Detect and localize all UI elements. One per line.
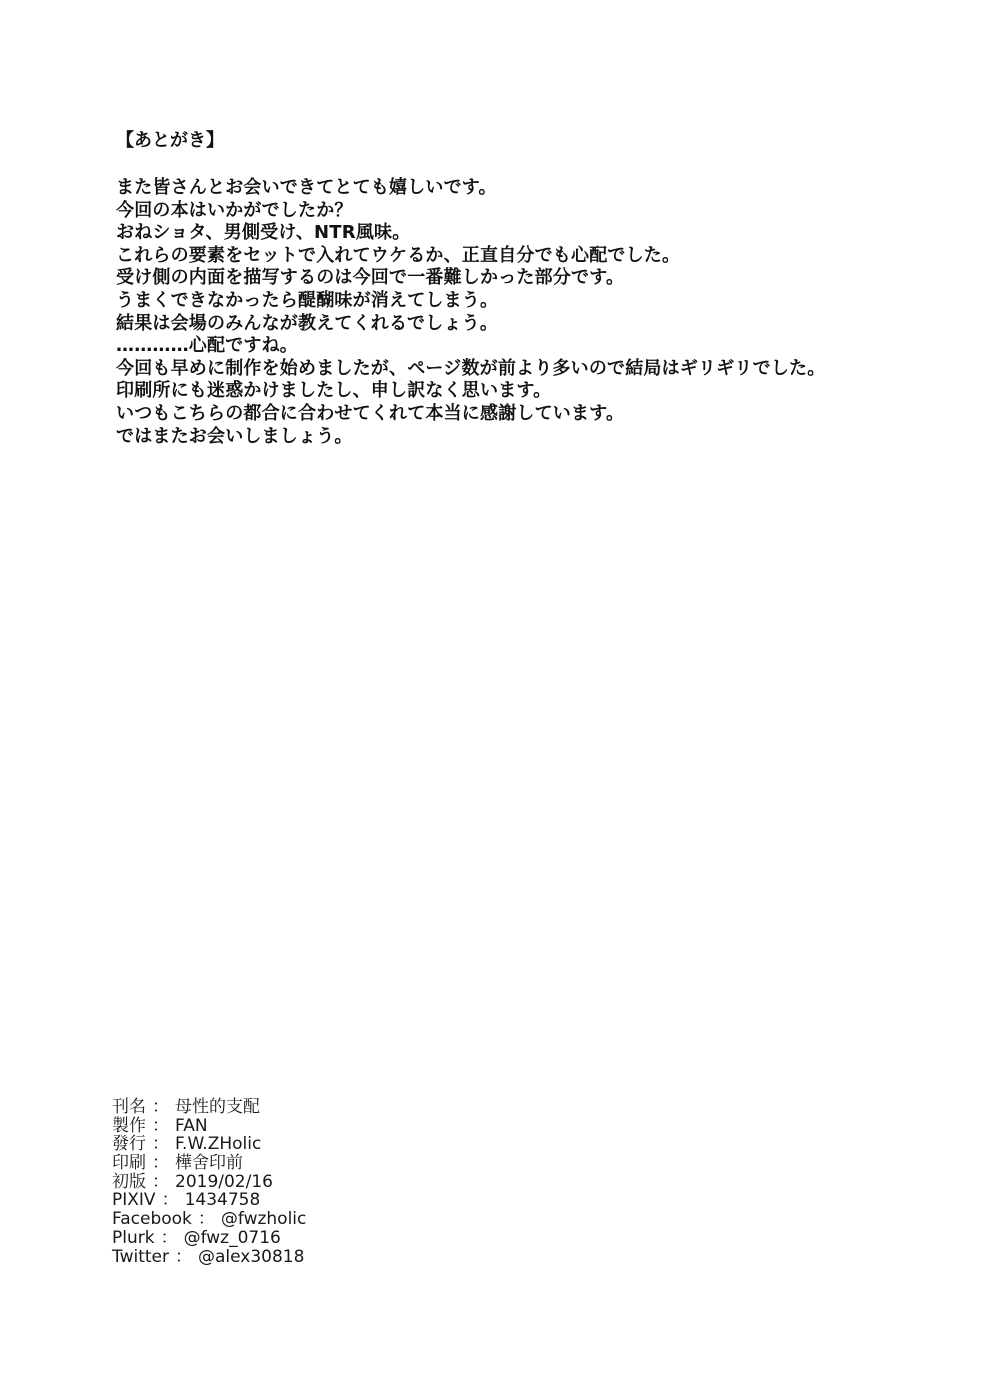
colophon-value: 1434758 bbox=[185, 1190, 261, 1210]
afterword-line: 今回の本はいかがでしたか？ bbox=[116, 200, 976, 223]
colophon-separator: ： bbox=[169, 1247, 198, 1267]
colophon-value: 樺舍印前 bbox=[175, 1153, 243, 1173]
colophon-entry-printer: 印刷：樺舍印前 bbox=[112, 1154, 306, 1173]
colophon-value: F.W.ZHolic bbox=[175, 1134, 261, 1154]
colophon-label: Facebook bbox=[112, 1209, 192, 1229]
colophon-value: @fwzholic bbox=[221, 1209, 306, 1229]
colophon-label: 製作 bbox=[112, 1116, 146, 1136]
colophon-value: @fwz_0716 bbox=[184, 1228, 281, 1248]
colophon-label: Twitter bbox=[112, 1247, 169, 1267]
afterword-line: ではまたお会いしましょう。 bbox=[116, 426, 976, 449]
colophon-value: 母性的支配 bbox=[175, 1097, 260, 1117]
colophon-separator: ： bbox=[156, 1190, 185, 1210]
afterword-body: また皆さんとお会いできてとても嬉しいです。 今回の本はいかがでしたか？ おねショ… bbox=[116, 177, 976, 448]
afterword-line: 印刷所にも迷惑かけましたし、申し訳なく思います。 bbox=[116, 380, 976, 403]
afterword-line: うまくできなかったら醍醐味が消えてしまう。 bbox=[116, 290, 976, 313]
colophon-entry-first-edition: 初版：2019/02/16 bbox=[112, 1173, 306, 1192]
colophon-separator: ： bbox=[146, 1097, 175, 1117]
colophon-separator: ： bbox=[155, 1228, 184, 1248]
afterword-title: 【あとがき】 bbox=[116, 128, 976, 154]
afterword-line: いつもこちらの都合に合わせてくれて本当に感謝しています。 bbox=[116, 403, 976, 426]
colophon-separator: ： bbox=[146, 1116, 175, 1136]
colophon-separator: ： bbox=[146, 1134, 175, 1154]
afterword-section: 【あとがき】 また皆さんとお会いできてとても嬉しいです。 今回の本はいかがでした… bbox=[116, 128, 976, 448]
colophon-label: Plurk bbox=[112, 1228, 155, 1248]
colophon-entry-production: 製作：FAN bbox=[112, 1117, 306, 1136]
colophon-entry-facebook: Facebook：@fwzholic bbox=[112, 1210, 306, 1229]
colophon-value: 2019/02/16 bbox=[175, 1172, 273, 1192]
colophon-label: 印刷 bbox=[112, 1153, 146, 1173]
colophon-separator: ： bbox=[146, 1153, 175, 1173]
colophon-label: PIXIV bbox=[112, 1190, 156, 1210]
afterword-line: おねショタ、男側受け、NTR風味。 bbox=[116, 222, 976, 245]
afterword-line: これらの要素をセットで入れてウケるか、正直自分でも心配でした。 bbox=[116, 245, 976, 268]
afterword-line: 受け側の内面を描写するのは今回で一番難しかった部分です。 bbox=[116, 267, 976, 290]
colophon-value: FAN bbox=[175, 1116, 208, 1136]
colophon: 刊名：母性的支配 製作：FAN 發行：F.W.ZHolic 印刷：樺舍印前 初版… bbox=[112, 1098, 306, 1266]
colophon-label: 刊名 bbox=[112, 1097, 146, 1117]
afterword-line: また皆さんとお会いできてとても嬉しいです。 bbox=[116, 177, 976, 200]
colophon-entry-publisher: 發行：F.W.ZHolic bbox=[112, 1135, 306, 1154]
colophon-label: 初版 bbox=[112, 1172, 146, 1192]
colophon-label: 發行 bbox=[112, 1134, 146, 1154]
colophon-entry-title: 刊名：母性的支配 bbox=[112, 1098, 306, 1117]
colophon-separator: ： bbox=[146, 1172, 175, 1192]
colophon-entry-pixiv: PIXIV：1434758 bbox=[112, 1191, 306, 1210]
colophon-entry-twitter: Twitter：@alex30818 bbox=[112, 1248, 306, 1267]
afterword-line: 今回も早めに制作を始めましたが、ページ数が前より多いので結局はギリギリでした。 bbox=[116, 358, 976, 381]
colophon-entry-plurk: Plurk：@fwz_0716 bbox=[112, 1229, 306, 1248]
afterword-line: …………心配ですね。 bbox=[116, 335, 976, 358]
colophon-value: @alex30818 bbox=[198, 1247, 304, 1267]
afterword-line: 結果は会場のみんなが教えてくれるでしょう。 bbox=[116, 313, 976, 336]
colophon-separator: ： bbox=[192, 1209, 221, 1229]
